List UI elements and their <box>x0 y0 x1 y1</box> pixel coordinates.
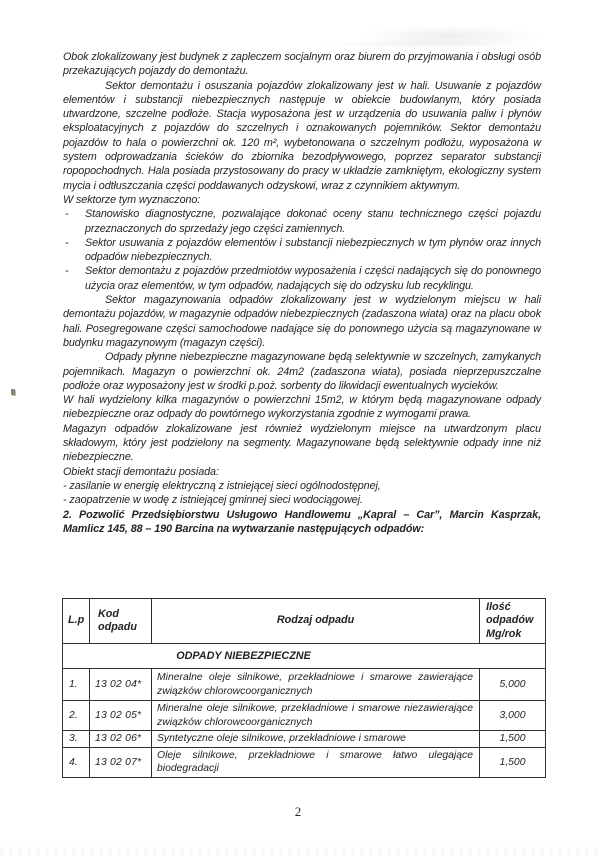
list-item-marker: - <box>63 207 85 236</box>
cell-rodzaj-odpadu: Mineralne oleje silnikowe, przekładniowe… <box>152 669 480 701</box>
body-text-column: Obok zlokalizowany jest budynek z zaplec… <box>63 50 541 536</box>
list-item-marker: - <box>63 236 85 265</box>
column-header-ilosc-odpadow: Ilość odpadów Mg/rok <box>480 599 546 644</box>
cell-rodzaj-odpadu: Syntetyczne oleje silnikowe, przekładnio… <box>152 731 480 748</box>
cell-lp: 4. <box>63 747 90 777</box>
paragraph-budynek-obok: Obok zlokalizowany jest budynek z zaplec… <box>63 50 541 79</box>
cell-ilosc-odpadow: 3,000 <box>480 701 546 731</box>
page-number: 2 <box>283 804 313 820</box>
paragraph-sektor-demontazu: Sektor demontażu i osuszania pojazdów zl… <box>63 79 541 193</box>
table-section-row: ODPADY NIEBEZPIECZNE <box>63 644 546 669</box>
section-title-odpady-niebezpieczne: ODPADY NIEBEZPIECZNE <box>63 644 546 669</box>
cell-kod-odpadu: 13 02 04* <box>90 669 152 701</box>
paragraph-w-hali-magazyny: W hali wydzielony kilka magazynów o powi… <box>63 393 541 422</box>
column-header-rodzaj-odpadu: Rodzaj odpadu <box>152 599 480 644</box>
cell-ilosc-odpadow: 5,000 <box>480 669 546 701</box>
column-header-lp: L.p <box>63 599 90 644</box>
paragraph-magazyn-odpadow: Magazyn odpadów zlokalizowane jest równi… <box>63 422 541 465</box>
table-header-row: L.p Kod odpadu Rodzaj odpadu Ilość odpad… <box>63 599 546 644</box>
list-item-sektor-demontazu: - Sektor demontażu z pojazdów przedmiotó… <box>63 264 541 293</box>
paragraph-w-sektorze-wyznaczono: W sektorze tym wyznaczono: <box>63 193 541 207</box>
document-page: Obok zlokalizowany jest budynek z zaplec… <box>0 0 600 856</box>
cell-ilosc-odpadow: 1,500 <box>480 747 546 777</box>
cell-kod-odpadu: 13 02 06* <box>90 731 152 748</box>
list-item-text: Sektor demontażu z pojazdów przedmiotów … <box>85 264 541 293</box>
cell-lp: 1. <box>63 669 90 701</box>
cell-kod-odpadu: 13 02 05* <box>90 701 152 731</box>
waste-table: L.p Kod odpadu Rodzaj odpadu Ilość odpad… <box>62 598 546 778</box>
cell-rodzaj-odpadu: Mineralne oleje silnikowe, przekładniowe… <box>152 701 480 731</box>
paragraph-obiekt-stacji: Obiekt stacji demontażu posiada: <box>63 465 541 479</box>
cell-ilosc-odpadow: 1,500 <box>480 731 546 748</box>
paragraph-sektor-magazynowania: Sektor magazynowania odpadów zlokalizowa… <box>63 293 541 350</box>
cell-lp: 2. <box>63 701 90 731</box>
list-item-sektor-usuwania: - Sektor usuwania z pojazdów elementów i… <box>63 236 541 265</box>
paragraph-zaopatrzenie: - zaopatrzenie w wodę z istniejącej gmin… <box>63 493 541 507</box>
list-item-text: Sektor usuwania z pojazdów elementów i s… <box>85 236 541 265</box>
list-item-marker: - <box>63 264 85 293</box>
scan-speck-artifact <box>11 389 15 395</box>
scan-edge-noise <box>0 847 600 856</box>
scan-ghosting-artifact <box>320 40 530 48</box>
paragraph-pozwolic-wytwarzanie: 2. Pozwolić Przedsiębiorstwu Usługowo Ha… <box>63 508 541 537</box>
table-row: 3. 13 02 06* Syntetyczne oleje silnikowe… <box>63 731 546 748</box>
table-row: 4. 13 02 07* Oleje silnikowe, przekładni… <box>63 747 546 777</box>
paragraph-zasilanie: - zasilanie w energię elektryczną z istn… <box>63 479 541 493</box>
cell-rodzaj-odpadu: Oleje silnikowe, przekładniowe i smarowe… <box>152 747 480 777</box>
table-row: 1. 13 02 04* Mineralne oleje silnikowe, … <box>63 669 546 701</box>
list-item-stanowisko: - Stanowisko diagnostyczne, pozwalające … <box>63 207 541 236</box>
list-item-text: Stanowisko diagnostyczne, pozwalające do… <box>85 207 541 236</box>
column-header-kod-odpadu: Kod odpadu <box>90 599 152 644</box>
paragraph-odpady-plynne: Odpady płynne niebezpieczne magazynowane… <box>63 350 541 393</box>
cell-kod-odpadu: 13 02 07* <box>90 747 152 777</box>
cell-lp: 3. <box>63 731 90 748</box>
table-row: 2. 13 02 05* Mineralne oleje silnikowe, … <box>63 701 546 731</box>
